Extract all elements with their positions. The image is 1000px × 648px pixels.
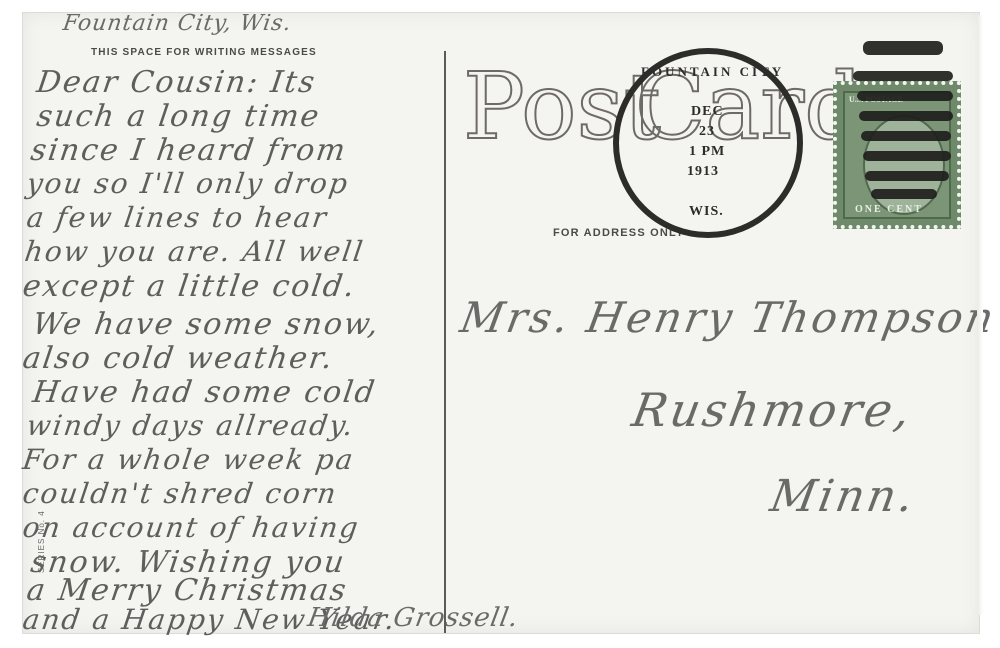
recipient-name: Mrs. Henry Thompson — [457, 293, 1000, 342]
message-line: how you are. All well — [23, 235, 367, 268]
postmark-month: DEC — [691, 104, 724, 120]
postcard: Fountain City, Wis. THIS SPACE FOR WRITI… — [22, 12, 980, 634]
message-line: except a little cold. — [21, 269, 359, 304]
message-line: Have had some cold — [31, 375, 379, 410]
stamp-bottom-text: ONE CENT — [855, 204, 923, 215]
location-heading: Fountain City, Wis. — [61, 11, 293, 36]
stamp-portrait — [863, 115, 945, 215]
series-number: SERIES No. 4 — [37, 510, 46, 573]
recipient-state: Minn. — [767, 471, 921, 522]
postmark-day: 23 — [699, 124, 715, 140]
message-line: We have some snow, — [31, 307, 383, 342]
message-line: For a whole week pa — [21, 443, 357, 476]
message-line: Dear Cousin: Its — [35, 65, 319, 100]
recipient-town: Rushmore, — [628, 383, 917, 437]
center-divider — [444, 51, 446, 633]
postmark-town: FOUNTAIN CITY — [641, 64, 784, 80]
message-line: on account of having — [21, 511, 362, 544]
message-line: a few lines to hear — [25, 201, 331, 234]
postmark: FOUNTAIN CITY DEC 23 1 PM 1913 WIS. — [613, 48, 803, 238]
signature: Hilda Grossell. — [305, 603, 521, 633]
message-line: couldn't shred corn — [21, 477, 340, 510]
message-body: Dear Cousin: Its such a long time since … — [23, 57, 443, 637]
address-label: FOR ADDRESS ONLY — [553, 227, 684, 239]
postmark-state: WIS. — [689, 204, 724, 220]
message-line: such a long time — [35, 99, 323, 134]
message-line: windy days allready. — [25, 409, 357, 442]
postmark-year: 1913 — [687, 164, 719, 180]
message-line: also cold weather. — [21, 341, 337, 376]
message-line: since I heard from — [29, 133, 350, 168]
message-line: you so I'll only drop — [25, 167, 352, 200]
postmark-time: 1 PM — [689, 144, 725, 160]
